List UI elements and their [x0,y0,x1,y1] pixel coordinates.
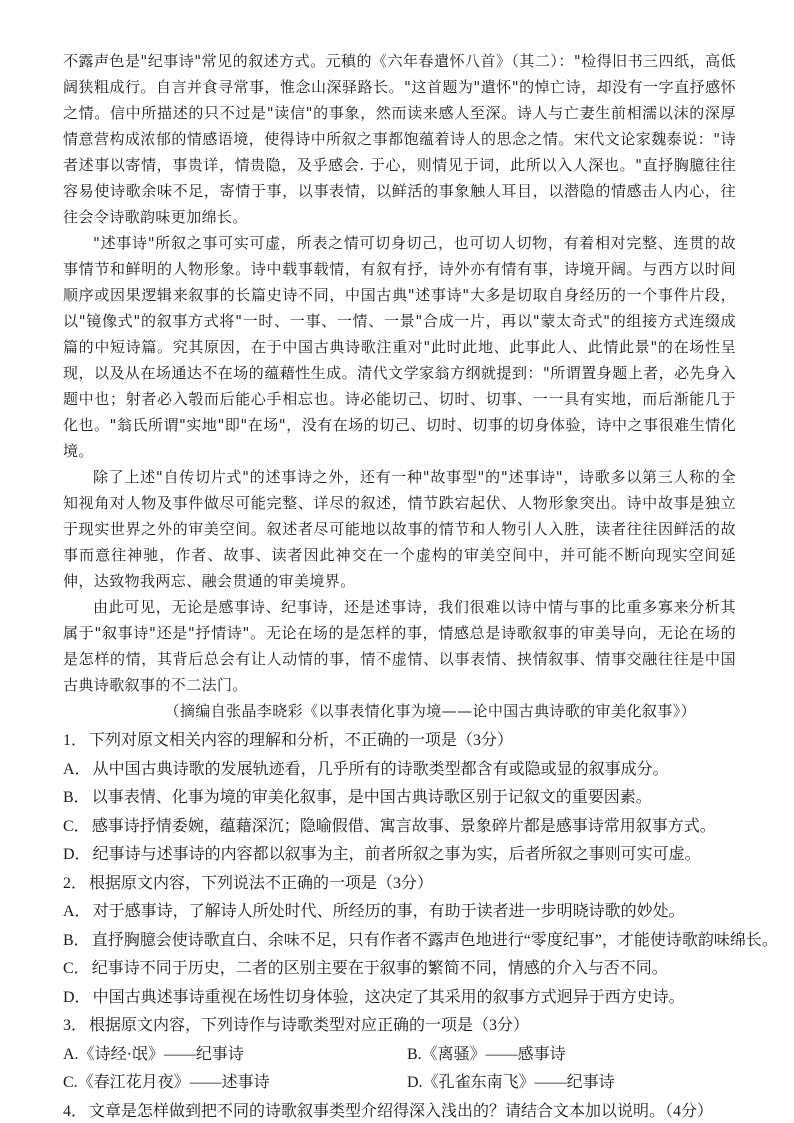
question-2-option-d-label: D． [63,989,91,1006]
question-3-stem-text: 根据原文内容，下列诗作与诗歌类型对应正确的一项是（3分） [89,1017,529,1034]
question-1-option-b: B．以事表情、化事为境的审美化叙事，是中国古典诗歌区别于记叙文的重要因素。 [63,784,736,813]
passage-paragraph-2: "述事诗"所叙之事可实可虚，所表之情可切身切己，也可切人切物，有着相对完整、连贯… [63,230,736,464]
question-2-option-b-label: B． [63,932,90,949]
question-2-option-a-label: A． [63,903,91,920]
question-1-option-d-label: D． [63,846,91,863]
question-2-option-c-label: C． [63,960,90,977]
question-1-option-d-text: 纪事诗与述事诗的内容都以叙事为主，前者所叙之事为实，后者所叙之事则可实可虚。 [93,846,701,863]
question-1-number: 1． [63,732,87,749]
question-3-option-d-label: D. [407,1074,423,1091]
question-1-option-a: A．从中国古典诗歌的发展轨迹看，几乎所有的诗歌类型都含有或隐或显的叙事成分。 [63,756,736,785]
questions-section: 1．下列对原文相关内容的理解和分析，不正确的一项是（3分） A．从中国古典诗歌的… [63,727,736,1123]
source-attribution: （摘编自张晶李晓彩《以事表情化事为境——论中国古典诗歌的审美化叙事》） [63,698,736,725]
question-3-number: 3． [63,1017,87,1034]
exam-document-page: 不露声色是"纪事诗"常见的叙述方式。元稹的《六年春遣怀八首》（其二）："检得旧书… [0,0,794,1123]
question-3-option-a: A.《诗经·氓》——纪事诗 [63,1041,407,1070]
question-1-option-c-text: 感事诗抒情委婉，蕴藉深沉；隐喻假借、寓言故事、景象碎片都是感事诗常用叙事方式。 [92,818,716,835]
question-3-option-c: C.《春江花月夜》——述事诗 [63,1069,407,1098]
question-2-stem-text: 根据原文内容，下列说法不正确的一项是（3分） [89,875,433,892]
question-2-stem: 2．根据原文内容，下列说法不正确的一项是（3分） [63,870,736,899]
question-1-option-c-label: C． [63,818,90,835]
question-4-number: 4． [63,1103,87,1120]
question-1-option-d: D．纪事诗与述事诗的内容都以叙事为主，前者所叙之事为实，后者所叙之事则可实可虚。 [63,841,736,870]
passage-paragraph-1: 不露声色是"纪事诗"常见的叙述方式。元稹的《六年春遣怀八首》（其二）："检得旧书… [63,48,736,230]
question-2-option-d: D．中国古典述事诗重视在场性切身体验，这决定了其采用的叙事方式迥异于西方史诗。 [63,984,736,1013]
question-3-options-row-2: C.《春江花月夜》——述事诗 D.《孔雀东南飞》——纪事诗 [63,1069,736,1098]
question-1-option-b-text: 以事表情、化事为境的审美化叙事，是中国古典诗歌区别于记叙文的重要因素。 [92,789,652,806]
question-1-option-c: C．感事诗抒情委婉，蕴藉深沉；隐喻假借、寓言故事、景象碎片都是感事诗常用叙事方式… [63,813,736,842]
question-3-option-d-text: 《孔雀东南飞》——纪事诗 [423,1074,615,1091]
question-3-option-d: D.《孔雀东南飞》——纪事诗 [407,1069,615,1098]
question-3-option-b-text: 《离骚》——感事诗 [422,1046,566,1063]
question-1-stem: 1．下列对原文相关内容的理解和分析，不正确的一项是（3分） [63,727,736,756]
question-3-options-row-1: A.《诗经·氓》——纪事诗 B.《离骚》——感事诗 [63,1041,736,1070]
question-2-option-c: C．纪事诗不同于历史，二者的区别主要在于叙事的繁简不同，情感的介入与否不同。 [63,955,736,984]
question-4-stem: 4．文章是怎样做到把不同的诗歌叙事类型介绍得深入浅出的？请结合文本加以说明。（4… [63,1098,736,1123]
exam-page-body: { "page": { "background_color": "#ffffff… [0,0,794,1123]
question-4-stem-text: 文章是怎样做到把不同的诗歌叙事类型介绍得深入浅出的？请结合文本加以说明。（4分） [89,1103,713,1120]
reading-passage: 不露声色是"纪事诗"常见的叙述方式。元稹的《六年春遣怀八首》（其二）："检得旧书… [63,48,736,725]
question-3-option-a-label: A. [63,1046,79,1063]
question-2-option-a: A．对于感事诗，了解诗人所处时代、所经历的事，有助于读者进一步明晓诗歌的妙处。 [63,898,736,927]
question-1-option-a-text: 从中国古典诗歌的发展轨迹看，几乎所有的诗歌类型都含有或隐或显的叙事成分。 [93,761,669,778]
question-1-option-a-label: A． [63,761,91,778]
question-3-option-a-text: 《诗经·氓》——纪事诗 [79,1046,244,1063]
question-3-option-b-label: B. [407,1046,422,1063]
question-3-option-c-label: C. [63,1074,78,1091]
question-2-option-a-text: 对于感事诗，了解诗人所处时代、所经历的事，有助于读者进一步明晓诗歌的妙处。 [93,903,685,920]
question-2-option-b: B．直抒胸臆会使诗歌直白、余味不足，只有作者不露声色地进行“零度纪事”，才能使诗… [63,927,736,956]
question-2-number: 2． [63,875,87,892]
question-3-option-c-text: 《春江花月夜》——述事诗 [78,1074,270,1091]
question-1-option-b-label: B． [63,789,90,806]
question-2-option-c-text: 纪事诗不同于历史，二者的区别主要在于叙事的繁简不同，情感的介入与否不同。 [92,960,668,977]
passage-paragraph-4: 由此可见，无论是感事诗、纪事诗，还是述事诗，我们很难以诗中情与事的比重多寡来分析… [63,594,736,698]
question-2-option-d-text: 中国古典述事诗重视在场性切身体验，这决定了其采用的叙事方式迥异于西方史诗。 [93,989,685,1006]
passage-paragraph-3: 除了上述"自传切片式"的述事诗之外，还有一种"故事型"的"述事诗"，诗歌多以第三… [63,464,736,594]
question-2-option-b-text: 直抒胸臆会使诗歌直白、余味不足，只有作者不露声色地进行“零度纪事”，才能使诗歌韵… [92,932,778,949]
question-1-stem-text: 下列对原文相关内容的理解和分析，不正确的一项是（3分） [89,732,513,749]
question-3-option-b: B.《离骚》——感事诗 [407,1041,566,1070]
question-3-stem: 3．根据原文内容，下列诗作与诗歌类型对应正确的一项是（3分） [63,1012,736,1041]
